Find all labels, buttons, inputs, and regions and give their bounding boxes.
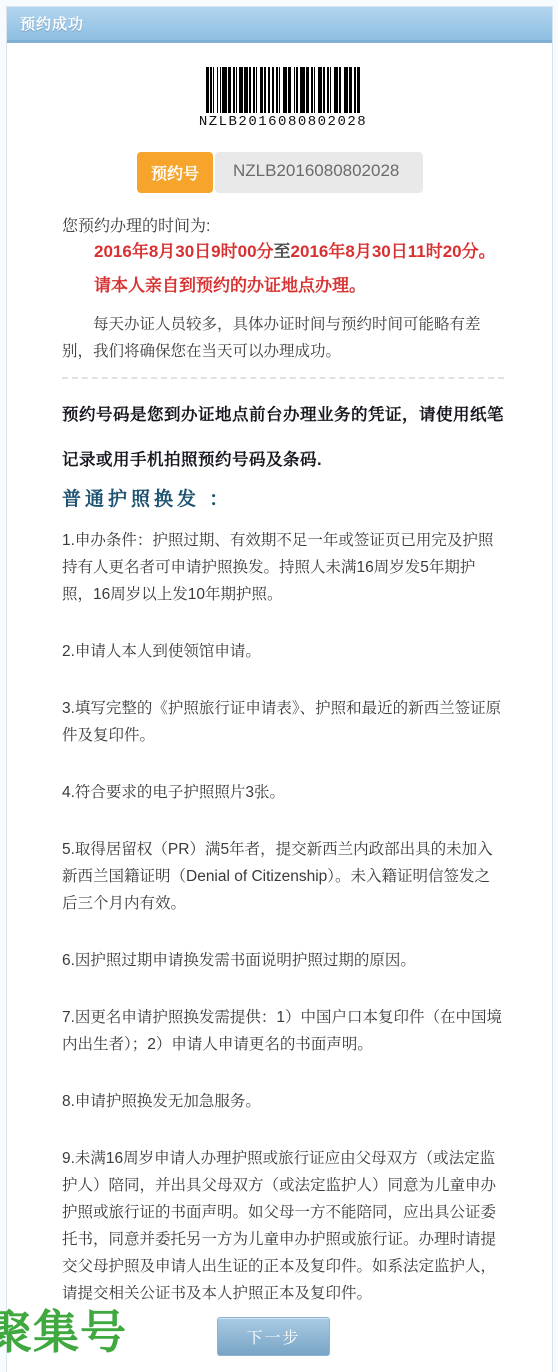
in-person-warning: 请本人亲自到预约的办证地点办理。 [62, 273, 504, 299]
rule-item-8: 8.申请护照换发无加急服务。 [62, 1088, 504, 1115]
rule-item-4: 4.符合要求的电子护照照片3张。 [62, 779, 504, 806]
next-step-button[interactable]: 下一步 [217, 1317, 330, 1356]
rule-item-6: 6.因护照过期申请换发需书面说明护照过期的原因。 [62, 947, 504, 974]
content-area: NZLB2016080802028 预约号 NZLB2016080802028 … [7, 67, 552, 1307]
passport-renewal-rules: 1.申办条件：护照过期、有效期不足一年或签证页已用完及护照持有人更名者可申请护照… [62, 527, 504, 1307]
appointment-time-intro: 您预约办理的时间为: [62, 215, 504, 239]
rule-item-5: 5.取得居留权（PR）满5年者，提交新西兰内政部出具的未加入新西兰国籍证明（De… [62, 836, 504, 917]
rule-item-2: 2.申请人本人到使领馆申请。 [62, 638, 504, 665]
page-frame: 预约成功 NZLB2016080802028 预约号 NZLB201608080… [6, 6, 553, 1372]
rule-item-1: 1.申办条件：护照过期、有效期不足一年或签证页已用完及护照持有人更名者可申请护照… [62, 527, 504, 608]
rule-item-7: 7.因更名申请护照换发需提供：1）中国户口本复印件（在中国境内出生者）；2）申请… [62, 1004, 504, 1058]
page-title-bar: 预约成功 [7, 7, 552, 43]
appointment-time-connector: 至 [274, 242, 291, 261]
page-title: 预约成功 [20, 13, 84, 34]
rule-item-3: 3.填写完整的《护照旅行证申请表》、护照和最近的新西兰签证原件及复印件。 [62, 695, 504, 749]
booking-number-value: NZLB2016080802028 [215, 152, 423, 193]
barcode-icon [62, 67, 504, 113]
booking-number-label: 预约号 [137, 152, 213, 193]
barcode-value: NZLB2016080802028 [62, 114, 504, 130]
passport-renewal-heading: 普通护照换发 ： [62, 487, 504, 513]
booking-code-notice: 预约号码是您到办证地点前台办理业务的凭证，请使用纸笔记录或用手机拍照预约号码及条… [62, 393, 504, 483]
appointment-time-from: 2016年8月30日9时00分 [94, 242, 274, 261]
appointment-time-range: 2016年8月30日9时00分至2016年8月30日11时20分。 [62, 239, 504, 265]
processing-note: 每天办证人员较多，具体办证时间与预约时间可能略有差别，我们将确保您在当天可以办理… [62, 311, 504, 365]
barcode-block: NZLB2016080802028 [62, 67, 504, 130]
appointment-time-to: 2016年8月30日11时20分。 [291, 242, 496, 261]
watermark-text: 聚集号 [0, 1304, 127, 1360]
rule-item-9: 9.未满16周岁申请人办理护照或旅行证应由父母双方（或法定监护人）陪同，并出具父… [62, 1145, 504, 1307]
booking-number-row: 预约号 NZLB2016080802028 [137, 152, 504, 193]
dashed-divider [62, 377, 504, 379]
